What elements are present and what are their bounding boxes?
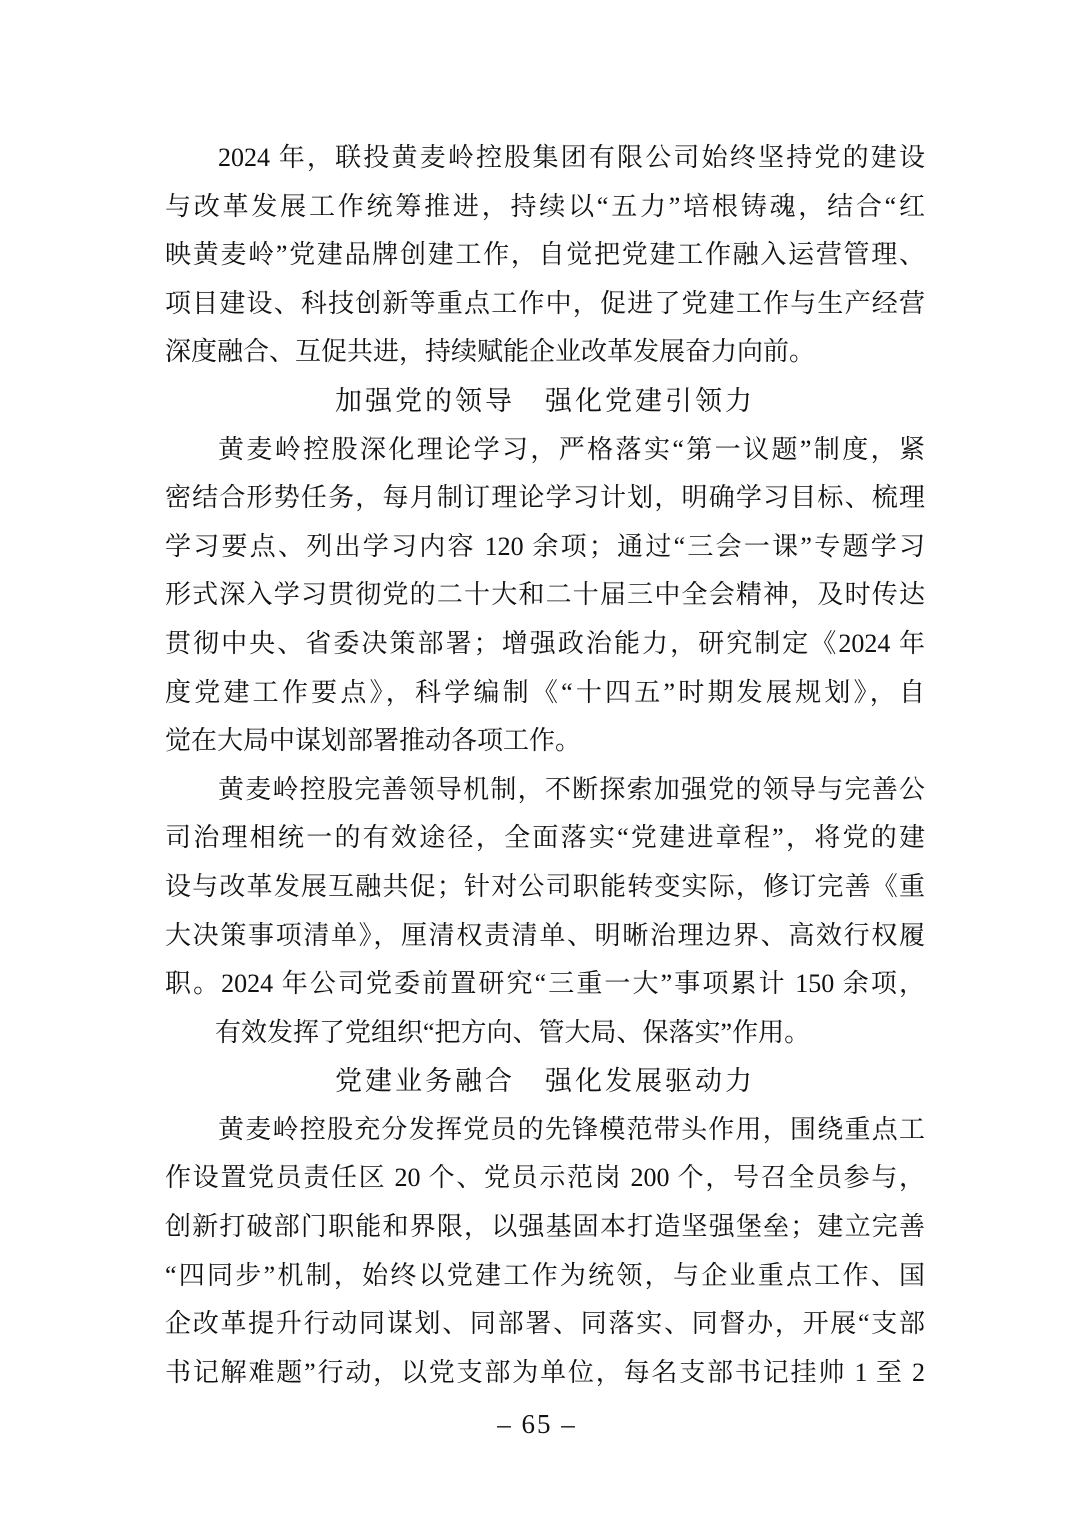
text-line: 项目建设、科技创新等重点工作中，促进了党建工作与生产经营 [165, 280, 925, 329]
text-line: 司治理相统一的有效途径，全面落实“党建进章程”，将党的建 [165, 814, 925, 863]
text-line: 职。2024 年公司党委前置研究“三重一大”事项累计 150 余项， [165, 960, 925, 1009]
text-line: 创新打破部门职能和界限，以强基固本打造坚强堡垒；建立完善 [165, 1203, 925, 1252]
section-heading-business-integration: 党建业务融合 强化发展驱动力 [165, 1057, 925, 1106]
text-line: 形式深入学习贯彻党的二十大和二十届三中全会精神，及时传达 [165, 571, 925, 620]
page-number: – 65 – [497, 1409, 577, 1439]
text-line: 度党建工作要点》，科学编制《“十四五”时期发展规划》，自 [165, 669, 925, 718]
text-line: 黄麦岭控股深化理论学习，严格落实“第一议题”制度，紧 [165, 426, 925, 475]
text-line: 作设置党员责任区 20 个、党员示范岗 200 个，号召全员参与， [165, 1154, 925, 1203]
paragraph-theory-study: 黄麦岭控股深化理论学习，严格落实“第一议题”制度，紧 密结合形势任务，每月制订理… [165, 426, 925, 766]
paragraph-vanguard-role: 黄麦岭控股充分发挥党员的先锋模范带头作用，围绕重点工 作设置党员责任区 20 个… [165, 1106, 925, 1398]
text-line: 书记解难题”行动，以党支部为单位，每名支部书记挂帅 1 至 2 [165, 1349, 925, 1398]
text-line: 映黄麦岭”党建品牌创建工作，自觉把党建工作融入运营管理、 [165, 231, 925, 280]
document-body: 2024 年，联投黄麦岭控股集团有限公司始终坚持党的建设 与改革发展工作统筹推进… [165, 134, 925, 1397]
text-line: 黄麦岭控股充分发挥党员的先锋模范带头作用，围绕重点工 [165, 1106, 925, 1155]
document-page: 2024 年，联投黄麦岭控股集团有限公司始终坚持党的建设 与改革发展工作统筹推进… [0, 0, 1074, 1520]
text-line: 黄麦岭控股完善领导机制，不断探索加强党的领导与完善公 [165, 766, 925, 815]
text-line: 大决策事项清单》，厘清权责清单、明晰治理边界、高效行权履 [165, 912, 925, 961]
text-line: 密结合形势任务，每月制订理论学习计划，明确学习目标、梳理 [165, 474, 925, 523]
text-line: 企改革提升行动同谋划、同部署、同落实、同督办，开展“支部 [165, 1300, 925, 1349]
paragraph-leadership-mechanism: 黄麦岭控股完善领导机制，不断探索加强党的领导与完善公 司治理相统一的有效途径，全… [165, 766, 925, 1058]
text-line: “四同步”机制，始终以党建工作为统领，与企业重点工作、国 [165, 1252, 925, 1301]
section-heading-party-leadership: 加强党的领导 强化党建引领力 [165, 377, 925, 426]
page-footer: – 65 – [0, 1400, 1074, 1448]
text-line: 与改革发展工作统筹推进，持续以“五力”培根铸魂，结合“红 [165, 183, 925, 232]
text-line: 设与改革发展互融共促；针对公司职能转变实际，修订完善《重 [165, 863, 925, 912]
text-line: 学习要点、列出学习内容 120 余项；通过“三会一课”专题学习 [165, 523, 925, 572]
text-line: 2024 年，联投黄麦岭控股集团有限公司始终坚持党的建设 [165, 134, 925, 183]
paragraph-intro: 2024 年，联投黄麦岭控股集团有限公司始终坚持党的建设 与改革发展工作统筹推进… [165, 134, 925, 377]
text-line: 贯彻中央、省委决策部署；增强政治能力，研究制定《2024 年 [165, 620, 925, 669]
text-line: 深度融合、互促共进，持续赋能企业改革发展奋力向前。 [165, 328, 925, 377]
text-line: 觉在大局中谋划部署推动各项工作。 [165, 717, 925, 766]
text-line: 有效发挥了党组织“把方向、管大局、保落实”作用。 [165, 1009, 925, 1058]
